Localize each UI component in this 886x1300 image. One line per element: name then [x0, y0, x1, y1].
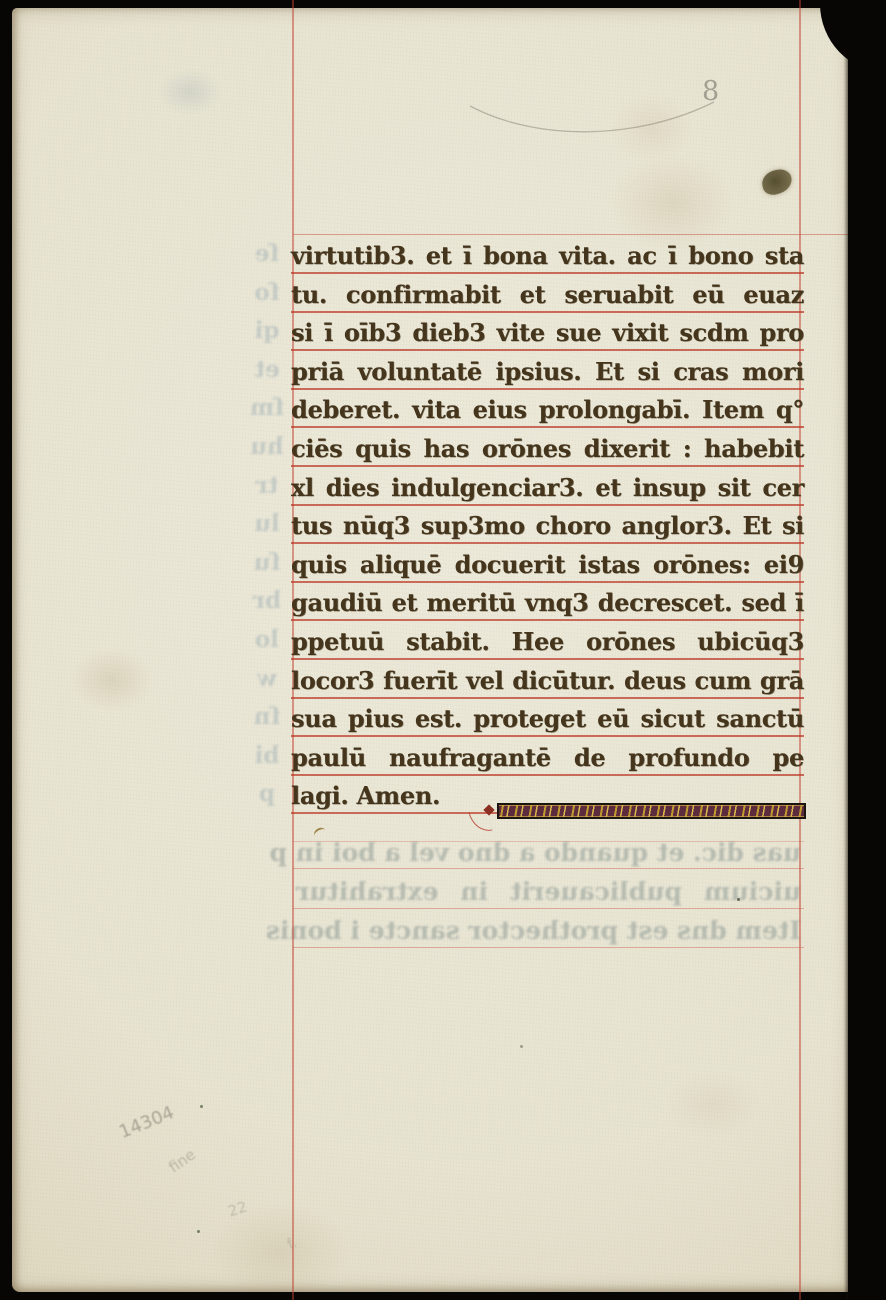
margin-showthrough: br: [244, 585, 290, 617]
manuscript-photo: ſe ſo qi et ſm hu tr lu ſu br lo w ſn bi…: [0, 0, 886, 1300]
margin-showthrough: p: [244, 778, 290, 810]
text-line: tu. confirmabit et seruabit eū euaz: [291, 277, 804, 313]
margin-showthrough: w: [244, 663, 290, 695]
margin-showthrough: ſm: [244, 392, 290, 424]
margin-showthrough: qi: [244, 315, 290, 347]
text-line: paulū naufragantē de profundo pe: [291, 740, 804, 776]
margin-showthrough: lo: [244, 624, 290, 656]
showthrough-line: Item dns est prothector sancte i bonis: [296, 916, 801, 946]
text-line: tus nūq3 sup3mo choro anglor3. Et si: [291, 508, 804, 544]
text-line: locor3 fuerīt vel dicūtur. deus cum grā: [291, 663, 804, 699]
margin-showthrough: lu: [244, 508, 290, 540]
margin-showthrough: ſe: [244, 238, 290, 270]
ruling-line-ghost: [293, 947, 804, 948]
text-line: deberet. vita eius prolongabī. Item q°: [291, 392, 804, 428]
ink-speck: [200, 1105, 203, 1108]
ink-speck: [520, 1045, 523, 1048]
text-line: quis aliquē docuerit istas orōnes: ei9: [291, 547, 804, 583]
text-line: xl dies indulgenciar3. et insup sit cer: [291, 470, 804, 506]
showthrough-line: uicium publicauerit in extrahitur: [296, 877, 801, 907]
margin-showthrough: hu: [244, 431, 290, 463]
ruling-line-ghost: [293, 841, 804, 842]
text-line: gaudiū et meritū vnq3 decrescet. sed ī: [291, 585, 804, 621]
showthrough-line: uas dic. et quando a dno vel a boi in p: [296, 838, 801, 868]
ink-speck: [737, 898, 740, 901]
text-line: priā voluntatē ipsius. Et si cras mori: [291, 354, 804, 390]
margin-showthrough: et: [244, 354, 290, 386]
ink-speck: [197, 1230, 200, 1233]
margin-showthrough: ſn: [244, 701, 290, 733]
margin-showthrough: bi: [244, 740, 290, 772]
margin-showthrough: ſo: [244, 277, 290, 309]
margin-showthrough: ſu: [244, 547, 290, 579]
pencil-curve-mark: [468, 78, 718, 148]
text-line: si ī oīb3 dieb3 vite sue vixit scdm pro: [291, 315, 804, 351]
text-line: ppetuū stabit. Hee orōnes ubicūq3: [291, 624, 804, 660]
text-line: ciēs quis has orōnes dixerit : habebit: [291, 431, 804, 467]
ruling-line-ghost: [293, 908, 804, 909]
line-filler-bar: [497, 803, 806, 819]
ruling-line-ghost: [293, 868, 804, 869]
photo-background-right: [848, 0, 886, 1300]
margin-showthrough: tr: [244, 470, 290, 502]
ruling-line-top: [293, 234, 886, 235]
text-line: virtutib3. et ī bona vita. ac ī bono sta: [291, 238, 804, 274]
text-line: sua pius est. proteget eū sicut sanctū: [291, 701, 804, 737]
